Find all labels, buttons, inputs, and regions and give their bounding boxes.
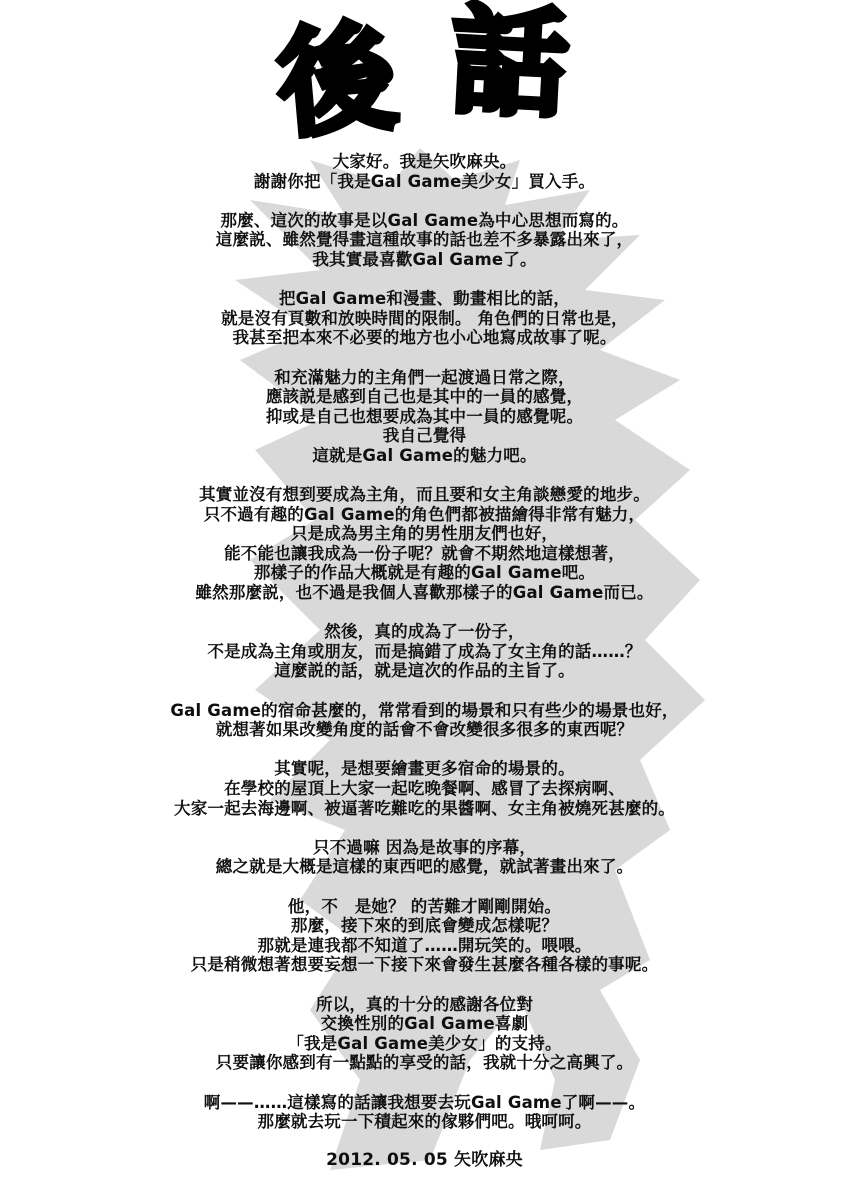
text-line: 啊——……這樣寫的話讓我想要去玩Gal Game了啊——。 xyxy=(0,1093,849,1113)
text-line: 雖然那麼説，也不過是我個人喜歡那樣子的Gal Game而已。 xyxy=(0,583,849,603)
text-line: 抑或是自己也想要成為其中一員的感覺呢。 xyxy=(0,407,849,427)
paragraph: 大家好。我是矢吹麻央。謝謝你把「我是Gal Game美少女」買入手。 xyxy=(0,152,849,191)
text-line: 那樣子的作品大概就是有趣的Gal Game吧。 xyxy=(0,563,849,583)
text-line: 能不能也讓我成為一份子呢？就會不期然地這樣想著， xyxy=(0,544,849,564)
text-line: 我自己覺得 xyxy=(0,426,849,446)
text-line: 把Gal Game和漫畫、動畫相比的話， xyxy=(0,289,849,309)
text-line: 其實並沒有想到要成為主角，而且要和女主角談戀愛的地步。 xyxy=(0,485,849,505)
text-line: 所以，真的十分的感謝各位對 xyxy=(0,995,849,1015)
text-line: 只不過嘛 因為是故事的序幕， xyxy=(0,838,849,858)
text-line: 只是成為男主角的男性朋友們也好， xyxy=(0,524,849,544)
title-char: 話 xyxy=(448,0,575,136)
text-line: 這麼説的話，就是這次的作品的主旨了。 xyxy=(0,661,849,681)
text-line: 大家一起去海邊啊、被逼著吃難吃的果醬啊、女主角被燒死甚麼的。 xyxy=(0,799,849,819)
text-line: 這就是Gal Game的魅力吧。 xyxy=(0,446,849,466)
text-line: 謝謝你把「我是Gal Game美少女」買入手。 xyxy=(0,172,849,192)
afterword-body: 大家好。我是矢吹麻央。謝謝你把「我是Gal Game美少女」買入手。那麼、這次的… xyxy=(0,152,849,1171)
paragraph: 其實呢，是想要繪畫更多宿命的場景的。在學校的屋頂上大家一起吃晚餐啊、感冒了去探病… xyxy=(0,759,849,818)
paragraph: 所以，真的十分的感謝各位對交換性別的Gal Game喜劇「我是Gal Game美… xyxy=(0,995,849,1073)
text-line: Gal Game的宿命甚麼的，常常看到的場景和只有些少的場景也好， xyxy=(0,701,849,721)
text-line: 和充滿魅力的主角們一起渡過日常之際， xyxy=(0,368,849,388)
text-line: 「我是Gal Game美少女」的支持。 xyxy=(0,1034,849,1054)
text-line: 那麼，接下來的到底會變成怎樣呢？ xyxy=(0,916,849,936)
text-line: 那就是連我都不知道了……開玩笑的。喂喂。 xyxy=(0,936,849,956)
paragraph: 那麼、這次的故事是以Gal Game為中心思想而寫的。這麼説、雖然覺得畫這種故事… xyxy=(0,211,849,270)
text-line: 總之就是大概是這樣的東西吧的感覺，就試著畫出來了。 xyxy=(0,857,849,877)
afterword-page: 後 話 大家好。我是矢吹麻央。謝謝你把「我是Gal Game美少女」買入手。那麼… xyxy=(0,0,849,1200)
text-line: 不是成為主角或朋友，而是搞錯了成為了女主角的話……？ xyxy=(0,642,849,662)
paragraph: 只不過嘛 因為是故事的序幕，總之就是大概是這樣的東西吧的感覺，就試著畫出來了。 xyxy=(0,838,849,877)
text-line: 這麼説、雖然覺得畫這種故事的話也差不多暴露出來了， xyxy=(0,230,849,250)
text-line: 他，不 是她？ 的苦難才剛剛開始。 xyxy=(0,897,849,917)
page-title: 後 話 xyxy=(0,2,849,139)
text-line: 那麼就去玩一下積起來的傢夥們吧。哦呵呵。 xyxy=(0,1112,849,1132)
paragraph: 然後，真的成為了一份子，不是成為主角或朋友，而是搞錯了成為了女主角的話……？這麼… xyxy=(0,622,849,681)
text-line: 交換性別的Gal Game喜劇 xyxy=(0,1014,849,1034)
text-line: 應該説是感到自己也是其中的一員的感覺， xyxy=(0,387,849,407)
text-line: 在學校的屋頂上大家一起吃晚餐啊、感冒了去探病啊、 xyxy=(0,779,849,799)
paragraph: 和充滿魅力的主角們一起渡過日常之際，應該説是感到自己也是其中的一員的感覺，抑或是… xyxy=(0,368,849,466)
text-line: 只是稍微想著想要妄想一下接下來會發生甚麼各種各樣的事呢。 xyxy=(0,955,849,975)
text-line: 只要讓你感到有一點點的享受的話，我就十分之高興了。 xyxy=(0,1053,849,1073)
paragraph: 其實並沒有想到要成為主角，而且要和女主角談戀愛的地步。只不過有趣的Gal Gam… xyxy=(0,485,849,603)
paragraph: 啊——……這樣寫的話讓我想要去玩Gal Game了啊——。那麼就去玩一下積起來的… xyxy=(0,1093,849,1132)
text-line: 其實呢，是想要繪畫更多宿命的場景的。 xyxy=(0,759,849,779)
text-line: 我甚至把本來不必要的地方也小心地寫成故事了呢。 xyxy=(0,328,849,348)
text-line: 就想著如果改變角度的話會不會改變很多很多的東西呢？ xyxy=(0,720,849,740)
paragraphs-container: 大家好。我是矢吹麻央。謝謝你把「我是Gal Game美少女」買入手。那麼、這次的… xyxy=(0,152,849,1132)
text-line: 然後，真的成為了一份子， xyxy=(0,622,849,642)
title-block: 後 話 xyxy=(0,2,849,139)
title-char: 後 xyxy=(274,9,405,156)
paragraph: 把Gal Game和漫畫、動畫相比的話，就是沒有頁數和放映時間的限制。 角色們的… xyxy=(0,289,849,348)
text-line: 大家好。我是矢吹麻央。 xyxy=(0,152,849,172)
signature-line: 2012. 05. 05 矢吹麻央 xyxy=(0,1151,849,1171)
text-line: 那麼、這次的故事是以Gal Game為中心思想而寫的。 xyxy=(0,211,849,231)
text-line: 我其實最喜歡Gal Game了。 xyxy=(0,250,849,270)
text-line: 只不過有趣的Gal Game的角色們都被描繪得非常有魅力， xyxy=(0,505,849,525)
paragraph: Gal Game的宿命甚麼的，常常看到的場景和只有些少的場景也好，就想著如果改變… xyxy=(0,701,849,740)
text-line: 就是沒有頁數和放映時間的限制。 角色們的日常也是， xyxy=(0,309,849,329)
paragraph: 他，不 是她？ 的苦難才剛剛開始。那麼，接下來的到底會變成怎樣呢？那就是連我都不… xyxy=(0,897,849,975)
